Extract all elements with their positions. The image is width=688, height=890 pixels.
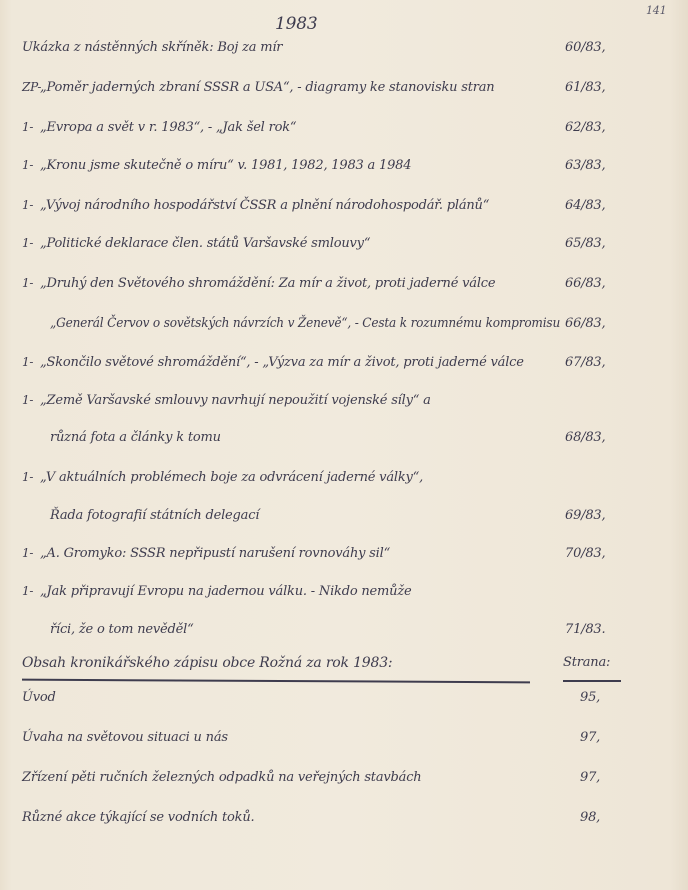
page-number: 141 <box>646 4 666 17</box>
entry-mark: 1- <box>22 158 33 172</box>
entry-mark: 1- <box>22 276 33 290</box>
entry-reference: 65/83, <box>565 236 605 251</box>
entry-text: různá fota a články k tomu <box>50 430 221 445</box>
entry-row: Řada fotografií státních delegací69/83, <box>0 508 688 532</box>
contents-item: Úvod95, <box>0 690 688 714</box>
entry-row: 1-„V aktuálních problémech boje za odvrá… <box>0 470 688 494</box>
entry-mark: 1- <box>22 393 33 407</box>
entry-text: říci, že o tom nevěděl“ <box>50 622 194 637</box>
entry-reference: 67/83, <box>565 355 605 370</box>
entry-text: „Druhý den Světového shromáždění: Za mír… <box>40 276 495 291</box>
entry-text: „Země Varšavské smlouvy navrhují nepouži… <box>40 393 431 408</box>
contents-item: Různé akce týkající se vodních toků.98, <box>0 810 688 834</box>
entry-reference: 64/83, <box>565 198 605 213</box>
contents-item-page: 95, <box>580 690 600 705</box>
contents-item-text: Úvod <box>22 690 56 705</box>
entry-reference: 69/83, <box>565 508 605 523</box>
entry-mark: ZP- <box>22 80 41 94</box>
entry-row: 1-„Kronu jsme skutečně o míru“ v. 1981, … <box>0 158 688 182</box>
entry-row: 1-„Politické deklarace člen. států Varša… <box>0 236 688 260</box>
contents-page-header: Strana: <box>563 655 610 670</box>
entry-row: 1-„Vývoj národního hospodářství ČSSR a p… <box>0 198 688 222</box>
entry-mark: 1- <box>22 120 33 134</box>
contents-item: Úvaha na světovou situaci u nás97, <box>0 730 688 754</box>
entry-reference: 71/83. <box>565 622 605 637</box>
contents-item-text: Úvaha na světovou situaci u nás <box>22 730 228 745</box>
entry-row: různá fota a články k tomu68/83, <box>0 430 688 454</box>
entry-text: „Evropa a svět v r. 1983“, - „Jak šel ro… <box>40 120 296 135</box>
contents-item-text: Různé akce týkající se vodních toků. <box>22 810 254 825</box>
entry-text: „Jak připravují Evropu na jadernou válku… <box>40 584 412 599</box>
entry-text: Ukázka z nástěnných skříněk: Boj za mír <box>22 40 282 55</box>
entry-reference: 68/83, <box>565 430 605 445</box>
entry-mark: 1- <box>22 470 33 484</box>
entry-row: 1-„Země Varšavské smlouvy navrhují nepou… <box>0 393 688 417</box>
contents-item: Zřízení pěti ručních železných odpadků n… <box>0 770 688 794</box>
contents-item-page: 97, <box>580 730 600 745</box>
entry-row: 1-„Druhý den Světového shromáždění: Za m… <box>0 276 688 300</box>
entry-reference: 63/83, <box>565 158 605 173</box>
entry-row: 1-„Skončilo světové shromáždění“, - „Výz… <box>0 355 688 379</box>
entry-row: říci, že o tom nevěděl“71/83. <box>0 622 688 646</box>
page-header-underline <box>563 680 621 682</box>
heading-underline <box>22 679 530 684</box>
entry-text: „Poměr jaderných zbraní SSSR a USA“, - d… <box>40 80 494 95</box>
entry-reference: 70/83, <box>565 546 605 561</box>
contents-heading: Obsah kronikářského zápisu obce Rožná za… <box>22 655 532 671</box>
entry-mark: 1- <box>22 355 33 369</box>
entry-mark: 1- <box>22 584 33 598</box>
entry-reference: 66/83, <box>565 276 605 291</box>
entry-row: 1-„A. Gromyko: SSSR nepřipustí narušení … <box>0 546 688 570</box>
entry-text: „Generál Červov o sovětských návrzích v … <box>50 316 535 331</box>
entry-text: „Vývoj národního hospodářství ČSSR a pln… <box>40 198 489 213</box>
contents-heading-text: Obsah kronikářského zápisu obce Rožná za… <box>22 655 392 671</box>
entry-text: „V aktuálních problémech boje za odvráce… <box>40 470 423 485</box>
entry-row: 1-„Jak připravují Evropu na jadernou vál… <box>0 584 688 608</box>
entry-text: „Kronu jsme skutečně o míru“ v. 1981, 19… <box>40 158 411 173</box>
contents-item-page: 97, <box>580 770 600 785</box>
entry-reference: 60/83, <box>565 40 605 55</box>
handwritten-ledger-page: 1983 141 Ukázka z nástěnných skříněk: Bo… <box>0 0 688 890</box>
entry-text: Řada fotografií státních delegací <box>50 508 259 523</box>
contents-item-page: 98, <box>580 810 600 825</box>
entry-mark: 1- <box>22 546 33 560</box>
entry-row: ZP-„Poměr jaderných zbraní SSSR a USA“, … <box>0 80 688 104</box>
entry-text: „A. Gromyko: SSSR nepřipustí narušení ro… <box>40 546 390 561</box>
page-year-title: 1983 <box>275 14 317 34</box>
entry-text: „Skončilo světové shromáždění“, - „Výzva… <box>40 355 524 370</box>
contents-item-text: Zřízení pěti ručních železných odpadků n… <box>22 770 421 785</box>
entry-reference: 62/83, <box>565 120 605 135</box>
entry-reference: 61/83, <box>565 80 605 95</box>
entry-row: 1-„Evropa a svět v r. 1983“, - „Jak šel … <box>0 120 688 144</box>
entry-row: „Generál Červov o sovětských návrzích v … <box>0 316 688 340</box>
entry-row: Ukázka z nástěnných skříněk: Boj za mír6… <box>0 40 688 64</box>
entry-mark: 1- <box>22 198 33 212</box>
entry-reference: 66/83, <box>565 316 605 331</box>
entry-mark: 1- <box>22 236 33 250</box>
entry-text: „Politické deklarace člen. států Varšavs… <box>40 236 370 251</box>
